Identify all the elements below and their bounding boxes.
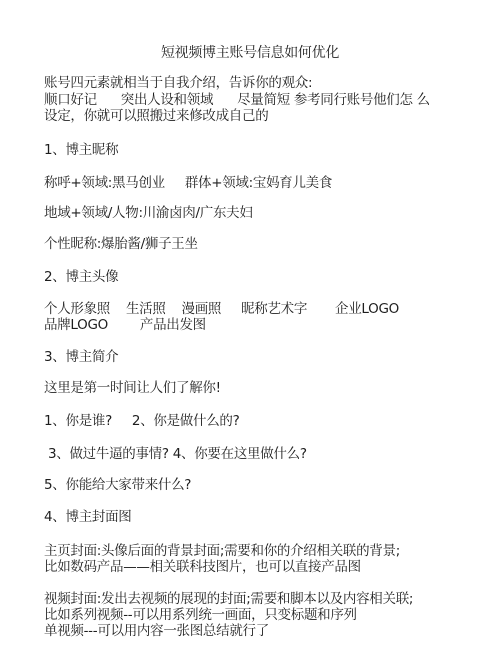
intro-line-1: 账号四元素就相当于自我介绍，告诉你的观众: — [44, 75, 312, 91]
section-2-line-1: 个人形象照 生活照 漫画照 昵称艺术字 企业LOGO — [44, 301, 399, 317]
section-4-line-4: 比如系列视频--可以用系列统一画面，只变标题和序列 — [44, 607, 357, 623]
section-4-line-2: 比如数码产品——相关联科技图片，也可以直接产品图 — [44, 559, 361, 575]
section-4-heading: 4、博主封面图 — [44, 509, 132, 525]
intro-line-3: 设定，你就可以照搬过来修改成自己的 — [44, 108, 268, 124]
section-4-line-5: 单视频---可以用内容一张图总结就行了 — [44, 623, 269, 639]
section-3-line-4: 5、你能给大家带来什么? — [44, 477, 191, 493]
section-1-line-1: 称呼+领域:黑马创业 群体+领域:宝妈育儿美食 — [44, 175, 332, 191]
section-3-line-2: 1、你是谁? 2、你是做什么的? — [44, 413, 239, 429]
section-3-line-3: 3、做过牛逼的事情? 4、你要在这里做什么? — [44, 446, 307, 462]
section-1-line-3: 个性昵称:爆胎酱/狮子王坐 — [44, 236, 198, 252]
section-1-line-2: 地域+领域/人物:川渝卤肉/广东夫妇 — [44, 205, 253, 221]
section-4-line-1: 主页封面:头像后面的背景封面;需要和你的介绍相关联的背景; — [44, 543, 400, 559]
section-2-line-2: 品牌LOGO 产品出发图 — [44, 317, 206, 333]
section-4-line-3: 视频封面:发出去视频的展现的封面;需要和脚本以及内容相关联; — [44, 591, 413, 607]
intro-line-2: 顺口好记 突出人设和领域 尽量简短 参考同行账号他们怎 么 — [44, 92, 430, 108]
section-2-heading: 2、博主头像 — [44, 269, 118, 285]
section-1-heading: 1、博主昵称 — [44, 142, 118, 158]
page-title: 短视频博主账号信息如何优化 — [0, 42, 500, 62]
section-3-heading: 3、博主简介 — [44, 349, 118, 365]
section-3-line-1: 这里是第一时间让人们了解你! — [44, 380, 221, 396]
